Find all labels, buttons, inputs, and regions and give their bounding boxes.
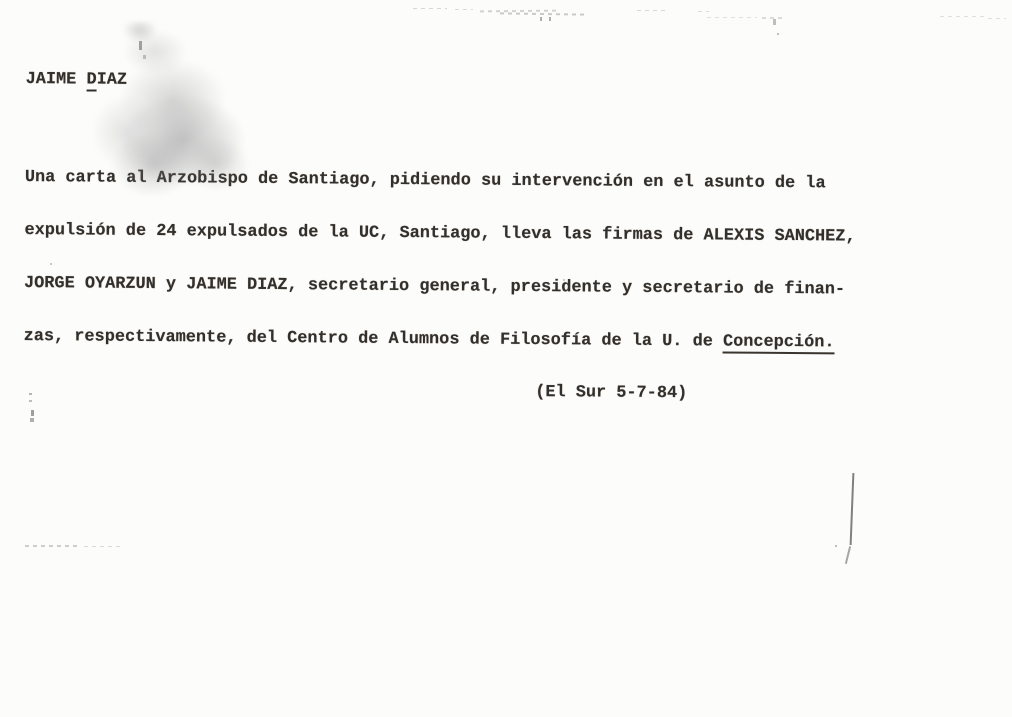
title-pre: JAIME <box>26 70 87 89</box>
scan-artifact-top <box>698 11 709 12</box>
scanned-document-page: JAIME DIAZ Una carta al Arzobispo de San… <box>0 0 1012 717</box>
citation-line: (El Sur 5-7-84) <box>535 384 854 404</box>
scan-artifact-top <box>413 8 447 9</box>
body-line-3: JORGE OYARZUN y JAIME DIAZ, secretario g… <box>24 275 855 299</box>
pen-dot <box>835 545 837 547</box>
scan-artifact-bottom <box>84 546 120 547</box>
scan-artifact-top <box>777 33 779 35</box>
scan-artifact-top <box>540 17 542 21</box>
pen-line-tail <box>845 546 851 564</box>
scan-artifact-top <box>762 17 782 19</box>
scan-artifact-top <box>637 10 667 11</box>
scan-artifact-top <box>480 10 556 13</box>
body-line-2: expulsión de 24 expulsados de la UC, San… <box>24 222 855 246</box>
scan-artifact-top <box>988 18 1006 19</box>
scan-artifact-bottom <box>25 545 80 547</box>
scan-artifact-top <box>773 19 776 25</box>
scan-artifact-top <box>707 17 757 18</box>
body-line-4: zas, respectivamente, del Centro de Alum… <box>24 327 855 351</box>
document-paragraph: Una carta al Arzobispo de Santiago, pidi… <box>23 134 856 440</box>
document-text: JAIME DIAZ Una carta al Arzobispo de San… <box>23 36 858 475</box>
scan-artifact-top <box>455 9 473 10</box>
document-title: JAIME DIAZ <box>26 71 857 95</box>
title-post: IAZ <box>97 71 128 90</box>
body-line-1: Una carta al Arzobispo de Santiago, pidi… <box>25 169 856 193</box>
scan-artifact-top <box>549 17 551 21</box>
body-line-4-pre: zas, respectivamente, del Centro de Alum… <box>24 326 724 350</box>
underlined-place-name: Concepción. <box>723 332 835 354</box>
scan-artifact-top <box>940 16 985 17</box>
scan-artifact-top <box>500 12 586 15</box>
pen-line-vertical <box>850 473 854 545</box>
title-underlined-char: D <box>86 71 96 92</box>
